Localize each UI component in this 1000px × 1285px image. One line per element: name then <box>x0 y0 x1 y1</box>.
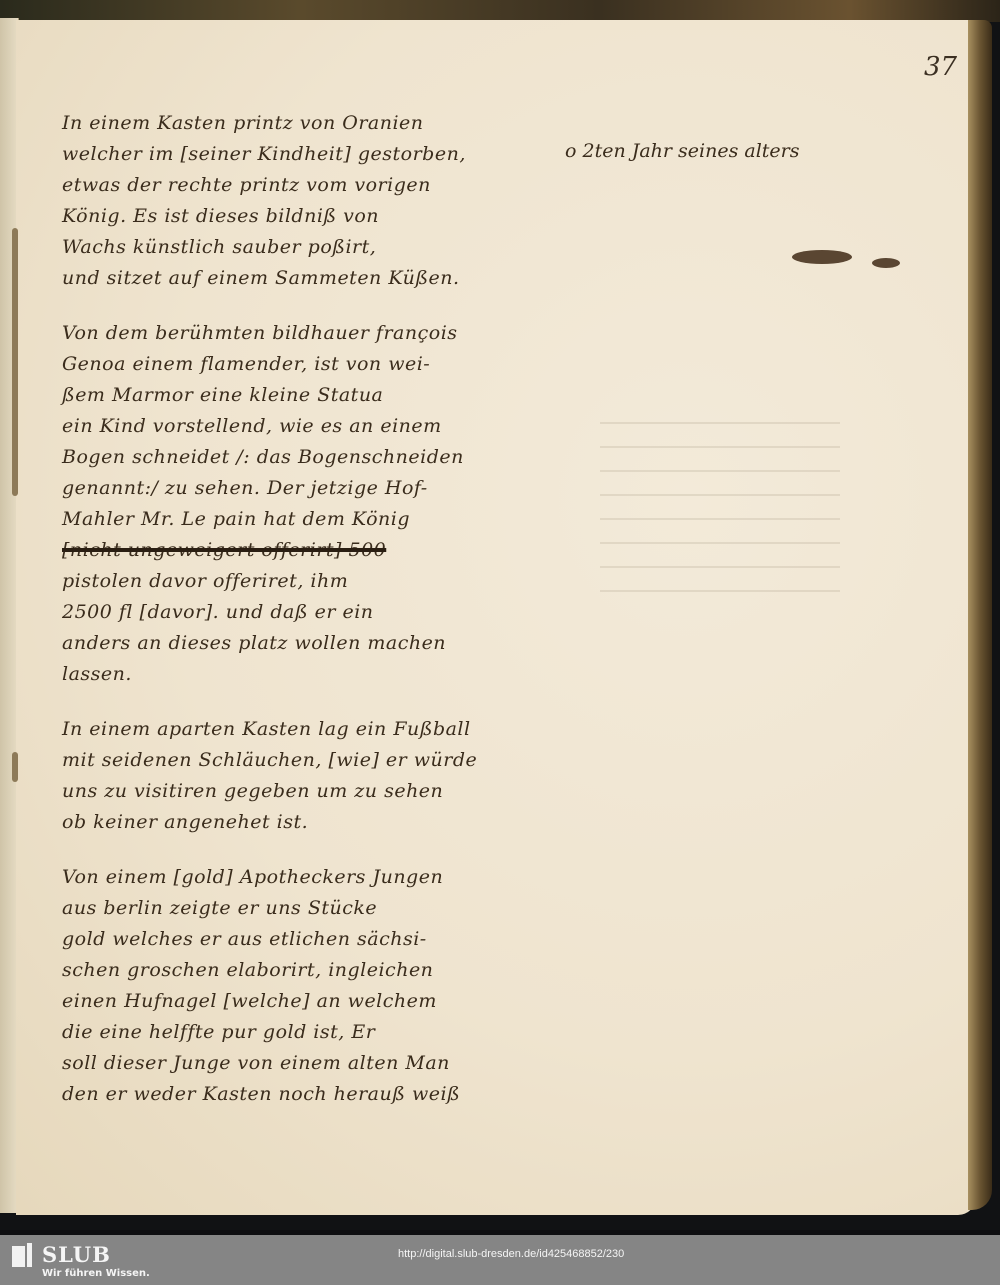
text-line: ob keiner angenehet ist. <box>62 807 622 838</box>
text-line: In einem Kasten printz von Oranien <box>62 108 622 139</box>
text-line: gold welches er aus etlichen sächsi- <box>62 924 622 955</box>
text-line: Von dem berühmten bildhauer françois <box>62 318 622 349</box>
brand-tagline: Wir führen Wissen. <box>42 1268 150 1279</box>
text-line: König. Es ist dieses bildniß von <box>62 201 622 232</box>
text-line: etwas der rechte printz vom vorigen <box>62 170 622 201</box>
text-line: mit seidenen Schläuchen, [wie] er würde <box>62 745 622 776</box>
text-line: soll dieser Junge von einem alten Man <box>62 1048 622 1079</box>
text-line: 2500 fl [davor]. und daß er ein <box>62 597 622 628</box>
slub-book-logo-icon <box>12 1243 34 1267</box>
text-line: genannt:/ zu sehen. Der jetzige Hof- <box>62 473 622 504</box>
binding-thread <box>12 752 18 782</box>
show-through-text <box>600 400 900 700</box>
text-line: uns zu visitiren gegeben um zu sehen <box>62 776 622 807</box>
text-line: pistolen davor offeriret, ihm <box>62 566 622 597</box>
paragraph: Von einem [gold] Apotheckers Jungen aus … <box>62 862 622 1110</box>
book-cover-top-edge <box>0 0 1000 22</box>
text-line: Mahler Mr. Le pain hat dem König <box>62 504 622 535</box>
text-line: die eine helffte pur gold ist, Er <box>62 1017 622 1048</box>
handwritten-text: In einem Kasten printz von Oranien welch… <box>62 108 622 1110</box>
text-line: schen groschen elaborirt, ingleichen <box>62 955 622 986</box>
paragraph: In einem aparten Kasten lag ein Fußball … <box>62 714 622 838</box>
ink-blot <box>872 258 900 268</box>
brand-name: SLUB <box>42 1242 111 1267</box>
folio-number: 37 <box>924 52 957 82</box>
page-fore-edge <box>968 20 992 1210</box>
text-line: In einem aparten Kasten lag ein Fußball <box>62 714 622 745</box>
text-line: den er weder Kasten noch herauß weiß <box>62 1079 622 1110</box>
text-line: welcher im [seiner Kindheit] gestorben, <box>62 139 622 170</box>
binding-thread <box>12 228 18 496</box>
text-line: aus berlin zeigte er uns Stücke <box>62 893 622 924</box>
text-line: Von einem [gold] Apotheckers Jungen <box>62 862 622 893</box>
text-line: Wachs künstlich sauber poßirt, <box>62 232 622 263</box>
text-line: und sitzet auf einem Sammeten Küßen. <box>62 263 622 294</box>
ink-blot <box>792 250 852 264</box>
text-line: anders an dieses platz wollen machen <box>62 628 622 659</box>
text-line: einen Hufnagel [welche] an welchem <box>62 986 622 1017</box>
manuscript-scan: 37 o 2ten Jahr seines alters In einem Ka… <box>0 0 1000 1230</box>
paragraph: Von dem berühmten bildhauer françois Gen… <box>62 318 622 690</box>
struck-text-line: [nicht ungeweigert offerirt] 500 <box>62 535 622 566</box>
paragraph: In einem Kasten printz von Oranien welch… <box>62 108 622 294</box>
text-line: Genoa einem flamender, ist von wei- <box>62 349 622 380</box>
text-line: ßem Marmor eine kleine Statua <box>62 380 622 411</box>
source-url[interactable]: http://digital.slub-dresden.de/id4254688… <box>398 1248 624 1260</box>
library-footer: SLUB Wir führen Wissen. http://digital.s… <box>0 1235 1000 1285</box>
text-line: lassen. <box>62 659 622 690</box>
text-line: ein Kind vorstellend, wie es an einem <box>62 411 622 442</box>
text-line: Bogen schneidet /: das Bogenschneiden <box>62 442 622 473</box>
